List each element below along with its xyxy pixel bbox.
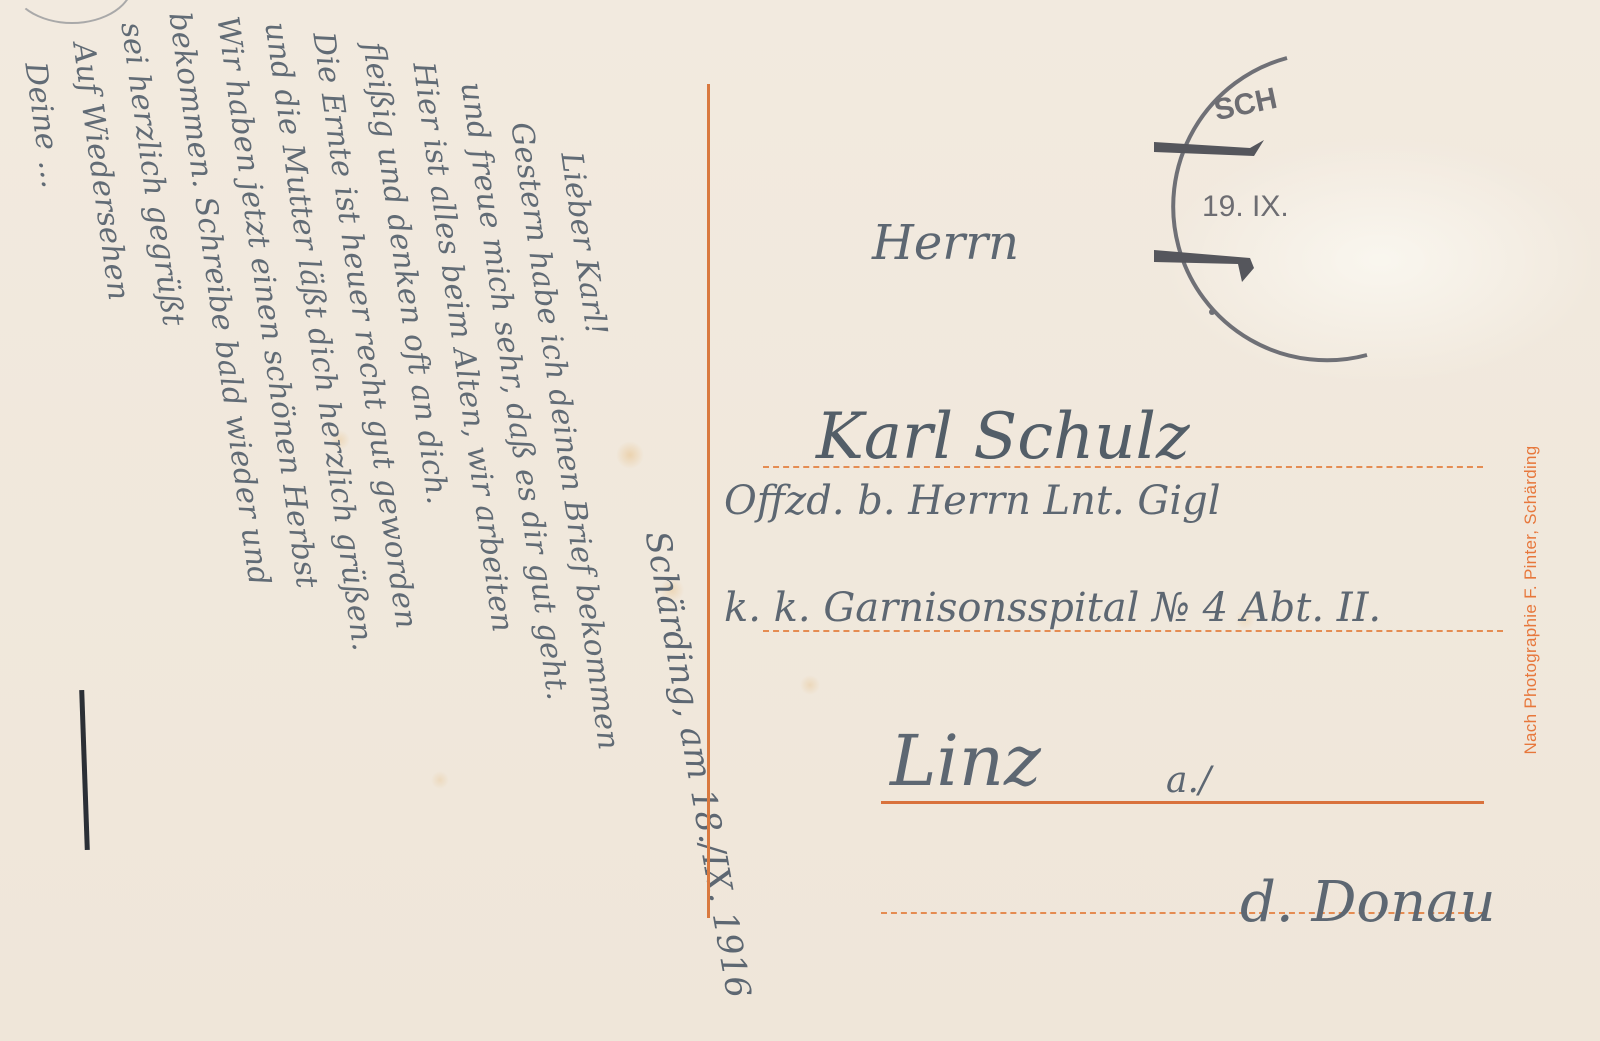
- recipient-city: Linz: [890, 720, 1041, 802]
- recipient-city-suffix: a./: [1166, 760, 1211, 801]
- recipient-name: Karl Schulz: [816, 400, 1190, 474]
- message-line: Deine ...: [17, 60, 69, 190]
- printed-divider-line: [707, 84, 710, 918]
- postmark: SCH 19. IX.: [1152, 50, 1402, 370]
- ink-strike-mark: [79, 690, 90, 850]
- publisher-imprint: Nach Photographie F. Pinter, Schärding: [1521, 445, 1541, 754]
- message-area: Lieber Karl! Gestern habe ich deinen Bri…: [0, 0, 700, 1041]
- recipient-river: d. Donau: [1240, 870, 1496, 935]
- recipient-line-3: k. k. Garnisonsspital № 4 Abt. II.: [724, 585, 1381, 631]
- recipient-salutation: Herrn: [872, 215, 1019, 271]
- recipient-line-2: Offzd. b. Herrn Lnt. Gigl: [724, 478, 1221, 524]
- postcard-back: Lieber Karl! Gestern habe ich deinen Bri…: [0, 0, 1600, 1041]
- postmark-date: 19. IX.: [1202, 190, 1289, 224]
